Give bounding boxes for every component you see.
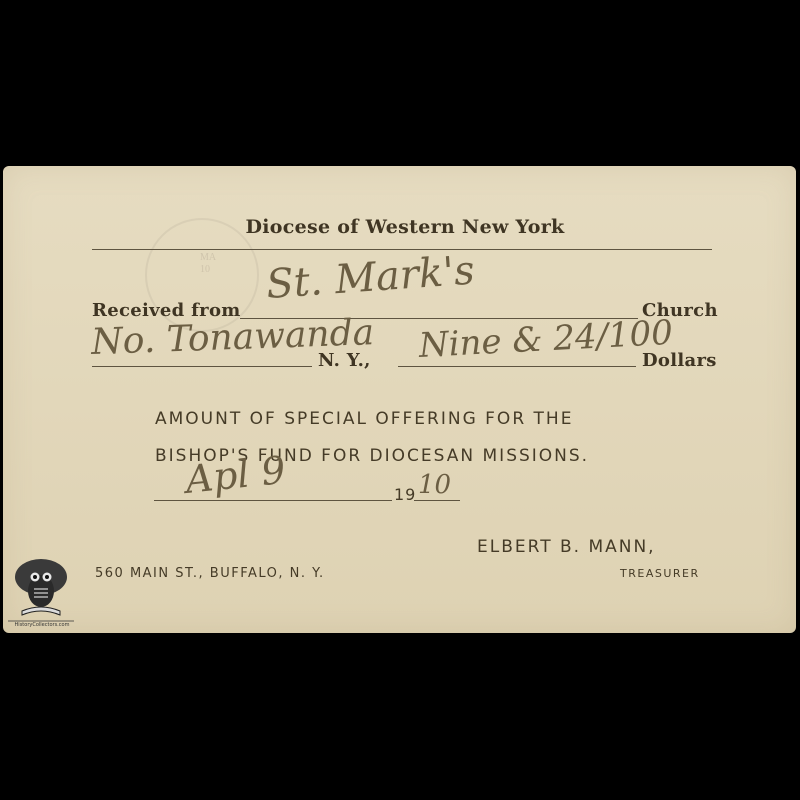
town-line bbox=[92, 366, 312, 367]
year-prefix: 19 bbox=[394, 485, 416, 504]
address: 560 MAIN ST., BUFFALO, N. Y. bbox=[95, 566, 325, 581]
document-title: Diocese of Western New York bbox=[0, 216, 800, 238]
amount-line bbox=[398, 366, 636, 367]
watermark-text: HistoryCollectors.com bbox=[10, 622, 74, 628]
purpose-line-1: AMOUNT OF SPECIAL OFFERING FOR THE bbox=[155, 409, 573, 429]
dollars-label: Dollars bbox=[642, 350, 717, 371]
year-line bbox=[414, 500, 460, 501]
year-handwriting: 10 bbox=[418, 470, 451, 500]
state-label: N. Y., bbox=[318, 350, 371, 371]
treasurer-name: ELBERT B. MANN, bbox=[477, 537, 656, 557]
faded-postmark-text: MA10 bbox=[200, 252, 216, 276]
treasurer-title: TREASURER bbox=[620, 567, 700, 580]
title-rule bbox=[92, 249, 712, 250]
